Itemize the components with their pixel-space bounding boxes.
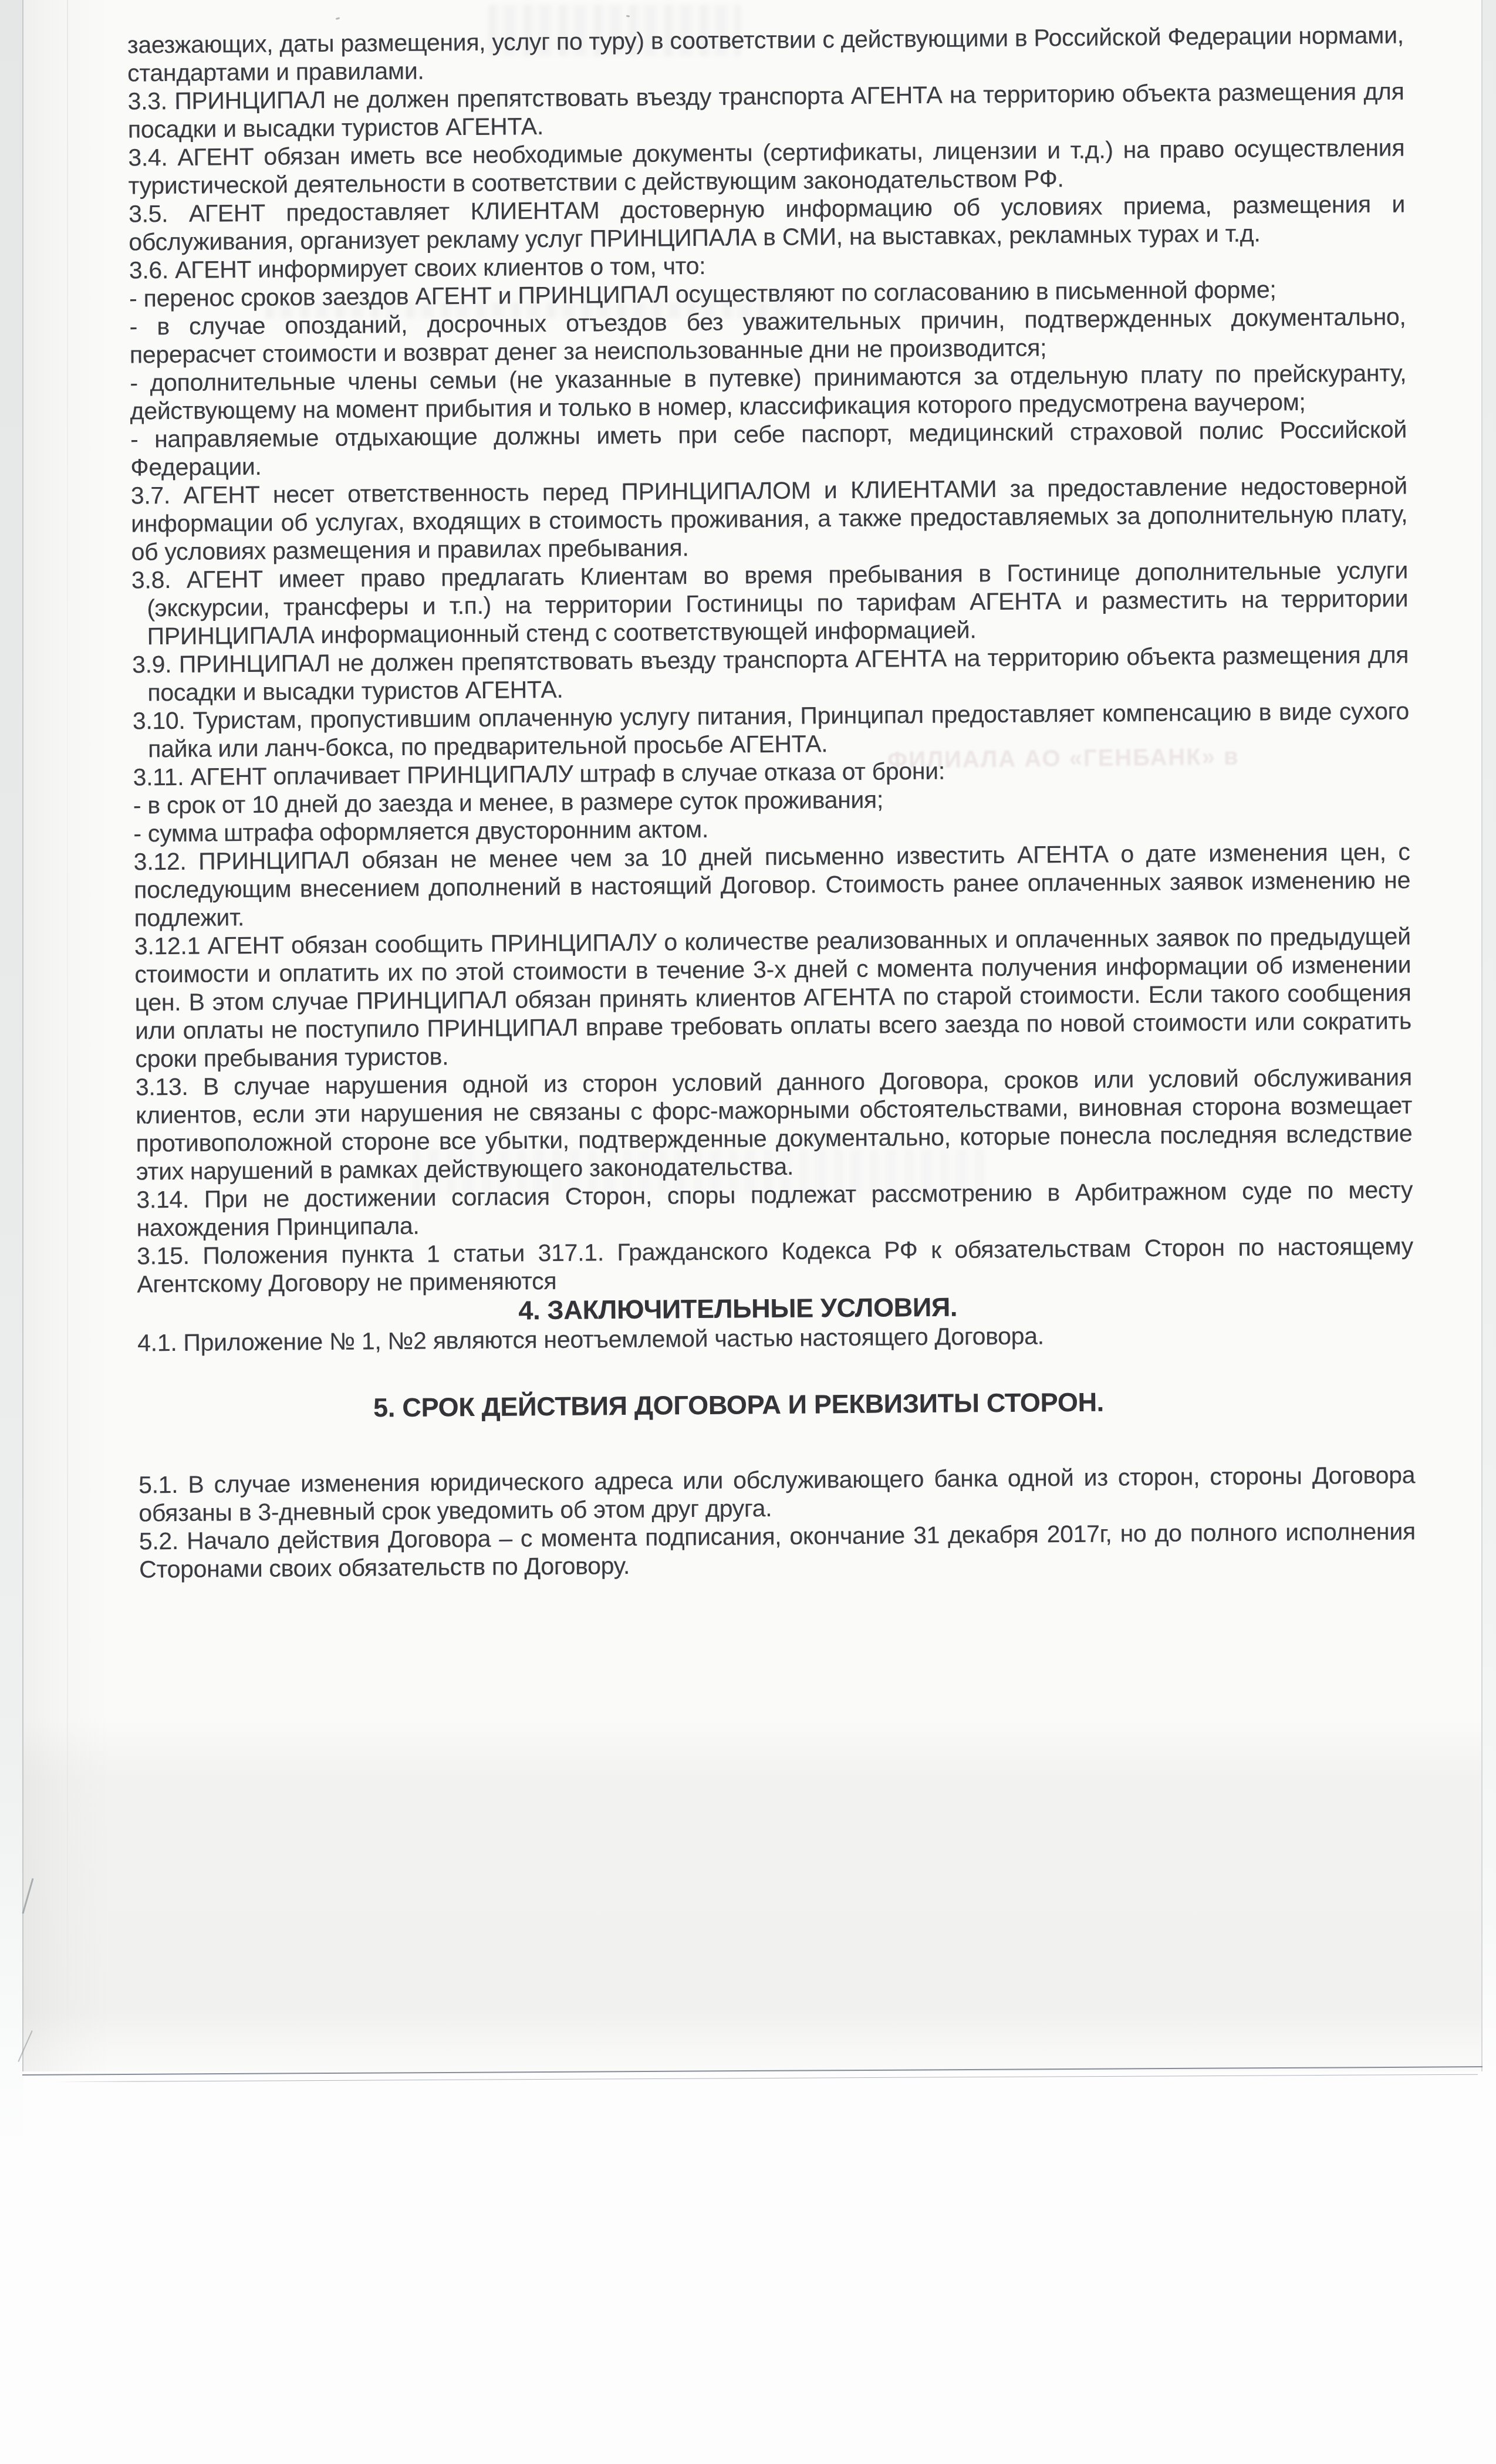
contract-paragraph: - направляемые отдыхающие должны иметь п… (130, 415, 1407, 481)
fold-mark (22, 1878, 34, 1914)
paper-crease (67, 0, 68, 2071)
scanned-contract-page: { "scan": { "background_color": "#e9ebeb… (0, 0, 1496, 2464)
scanner-background-right (1481, 0, 1496, 2071)
contract-paragraph: 3.3. ПРИНЦИПАЛ не должен препятствовать … (127, 77, 1404, 143)
contract-paragraph: 3.4. АГЕНТ обязан иметь все необходимые … (128, 133, 1405, 200)
contract-paragraph: 3.5. АГЕНТ предоставляет КЛИЕНТАМ достов… (129, 190, 1406, 256)
contract-paragraph: 3.12. ПРИНЦИПАЛ обязан не менее чем за 1… (134, 837, 1411, 932)
contract-paragraph: - в случае опозданий, досрочных отъездов… (129, 302, 1406, 369)
page-bottom-edge (22, 2066, 1483, 2076)
contract-paragraph: заезжающих, даты размещения, услуг по ту… (127, 21, 1404, 87)
contract-paragraph: 5.1. В случае изменения юридического адр… (139, 1461, 1416, 1527)
contract-paragraph: 3.8. АГЕНТ имеет право предлагать Клиент… (131, 556, 1409, 650)
page-bottom-edge-shadow (56, 2074, 1478, 2083)
section-heading: 5. СРОК ДЕЙСТВИЯ ДОГОВОРА И РЕКВИЗИТЫ СТ… (100, 1385, 1377, 1425)
contract-paragraph: 3.9. ПРИНЦИПАЛ не должен препятствовать … (132, 640, 1409, 707)
contract-paragraph: 3.14. При не достижении согласия Сторон,… (136, 1175, 1413, 1242)
contract-paragraph: - дополнительные члены семьи (не указанн… (130, 359, 1407, 425)
contract-paragraph: 3.7. АГЕНТ несет ответственность перед П… (131, 471, 1408, 566)
scan-speck (336, 17, 340, 20)
scanner-background-left (0, 0, 23, 2148)
contract-paragraph: 3.13. В случае нарушения одной из сторон… (136, 1063, 1413, 1185)
contract-paragraph: 5.2. Начало действия Договора – с момент… (139, 1517, 1416, 1583)
contract-text: заезжающих, даты размещения, услуг по ту… (127, 21, 1416, 1583)
paper-sheet: ФИЛИАЛА АО «ГЕНБАНК» в заезжающих, даты … (22, 0, 1483, 2071)
contract-paragraph: 3.15. Положения пункта 1 статьи 317.1. Г… (137, 1232, 1414, 1298)
contract-paragraph: 3.12.1 АГЕНТ обязан сообщить ПРИНЦИПАЛУ … (134, 922, 1412, 1073)
contract-paragraph: 3.10. Туристам, пропустившим оплаченную … (133, 697, 1410, 763)
